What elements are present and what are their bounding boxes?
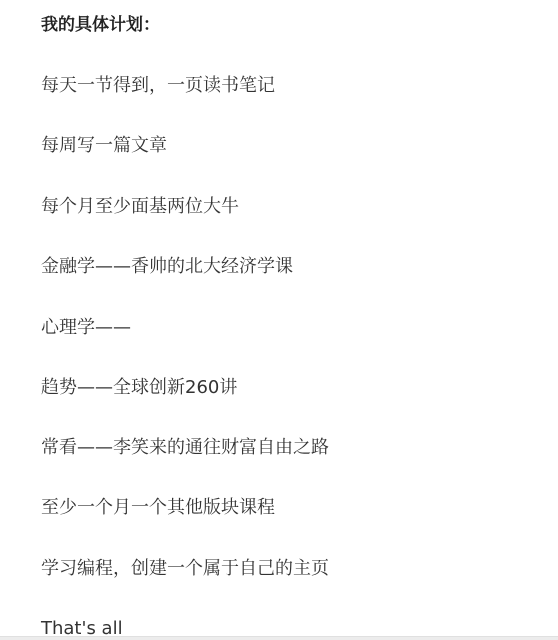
bottom-divider	[0, 636, 558, 640]
plan-item-trends: 趋势——全球创新260讲	[41, 376, 237, 400]
plan-item-daily: 每天一节得到，一页读书笔记	[41, 74, 275, 98]
plan-item-finance: 金融学——香帅的北大经济学课	[41, 255, 293, 279]
plan-item-programming: 学习编程，创建一个属于自己的主页	[41, 557, 329, 581]
document-page: 我的具体计划： 每天一节得到，一页读书笔记 每周写一篇文章 每个月至少面基两位大…	[0, 0, 558, 636]
plan-item-monthly-meetups: 每个月至少面基两位大牛	[41, 195, 239, 219]
closing-line: That's all	[41, 617, 123, 636]
plan-heading: 我的具体计划：	[41, 13, 160, 37]
plan-item-regular-reading: 常看——李笑来的通往财富自由之路	[41, 436, 329, 460]
plan-item-weekly: 每周写一篇文章	[41, 134, 167, 158]
plan-item-other-courses: 至少一个月一个其他版块课程	[41, 496, 275, 520]
plan-item-psychology: 心理学——	[41, 316, 131, 340]
